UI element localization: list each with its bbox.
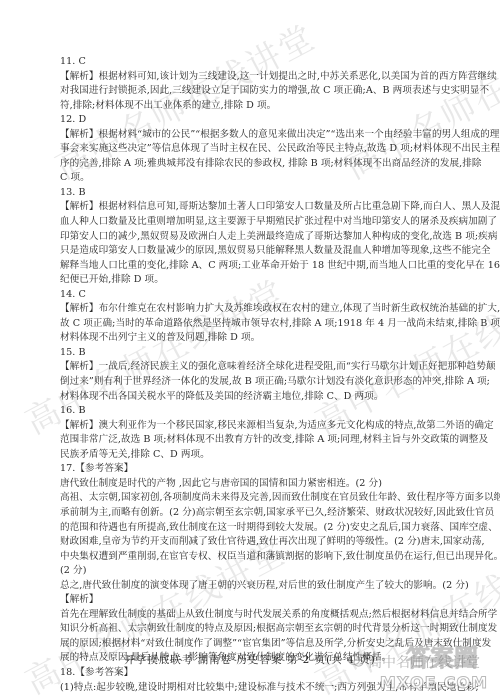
text-line: 总之,唐代致仕制度的演变体现了唐王朝的兴衰历程,对后世的致仕制度产生了较大的影响…	[60, 579, 443, 594]
text-line: 15. B	[60, 346, 443, 361]
text-line: 民族矛盾等无关,排除 C、D 两项。	[60, 448, 443, 463]
text-line: 序的完善,排除 A 项;雅典城邦没有排除农民的参政权, 排除 B 项;材料体现不…	[60, 157, 443, 172]
answer-page-body: 11. C【解析】根据材料可知,该计划为三线建设,这一计划提出之时,中苏关系恶化…	[60, 55, 443, 695]
text-line: 高祖、太宗朝,国家初创,各项制度尚未来得及完善,因而致仕制度在官员致仕年龄、致仕…	[60, 491, 443, 506]
text-line: 材料体现不出各国关税水平的降低及美国的经济霸主地位,排除 C、D 两项。	[60, 390, 443, 405]
text-line: C 项。	[60, 171, 443, 186]
text-line: 符,排除;材料体现不出工业体系的建立,排除 D 项。	[60, 99, 443, 114]
text-line: 只是造成印第安人口数量减少的原因,黑奴贸易只能解释黑人数量及混血人种增加等现象,…	[60, 244, 443, 259]
text-line: 印第安人口的减少,黑奴贸易及欧洲白人走上美洲最终造成了哥斯达黎加人种构成的变化,…	[60, 230, 443, 245]
logo-site: MXQE.COM	[380, 673, 488, 692]
text-line: 【解析】根据材料信息可知,哥斯达黎加土著人口印第安人口数量及所占比重急剧下降,而…	[60, 200, 443, 215]
text-line: 【解析】一战后,经济民族主义的强化意味着经济全球化进程受阻,而“实行马歇尔计划正…	[60, 360, 443, 375]
text-line: 范围非常广泛,故选 B 项;材料体现不出教育方针的改变,排除 A 项;同理,材料…	[60, 433, 443, 448]
text-line: 唐代致仕制度是时代的产物 ,因此它与唐帝国的国情和国力紧密相连。(2 分)	[60, 477, 443, 492]
text-line: 中央集权遭到严重削弱,在宦官专权、权臣当道和藩镇割据的影响下,致仕制度虽仍在运行…	[60, 550, 443, 565]
text-line: (2 分)	[60, 564, 443, 579]
text-line: 倒过来”则有利于世界经济一体化的发展,故 B 项正确;马歇尔计划没有淡化意识形态…	[60, 375, 443, 390]
text-line: 首先在理解致仕制度的基础上从致仕制度与时代发展关系的角度概括观点;然后根据材料信…	[60, 608, 443, 623]
text-line: 16. B	[60, 404, 443, 419]
text-line: 解释当地人口比重的变化,排除 A、C 两项;工业革命开始于 18 世纪中期,而当…	[60, 259, 443, 274]
text-line: 【解析】根据材料可知,该计划为三线建设,这一计划提出之时,中苏关系恶化,以美国为…	[60, 70, 443, 85]
text-line: 的范围和待遇也有所提高,致仕制度在这一时期得到较大发展。(2 分)安史之乱后,国…	[60, 521, 443, 536]
text-line: 【解析】布尔什维克在农村影响力扩大及苏维埃政权在农村的建立,体现了当时新生政权统…	[60, 302, 443, 317]
text-line: 13. B	[60, 186, 443, 201]
text-line: 【解析】澳大利亚作为一个移民国家,移民来源相当复杂,为适应多元文化构成的特点,故…	[60, 419, 443, 434]
text-line: 11. C	[60, 55, 443, 70]
text-line: 纪便已开始,排除 D 项。	[60, 273, 443, 288]
text-line: 17.【参考答案】	[60, 462, 443, 477]
text-line: 事会来实施这些决定”等信息体现了当时主权在民、公民政治等民主特点,故选 D 项;…	[60, 142, 443, 157]
text-line: 财政困难,皇帝为节约开支而削减了致仕官待遇,致仕再次出现了鲜明的等级性。(2 分…	[60, 535, 443, 550]
text-line: 12. D	[60, 113, 443, 128]
text-line: 14. C	[60, 288, 443, 303]
site-logo: 答案圈 高中名师在线讲堂 MXQE.COM	[344, 644, 494, 692]
text-line: 知识分析高祖、太宗朝致仕制度的特点及原因;根据高宗朝至玄宗朝的时代背景分析这一时…	[60, 622, 443, 637]
text-line: 对我国进行封锁扼杀,因此,三线建设立足于国防实力的增强,故 C 项正确;A、B …	[60, 84, 443, 99]
wechat-icon	[348, 654, 364, 668]
text-line: 承前制为主,而略有创新。(2 分)高宗朝至玄宗朝,国家承平已久,经济繁荣、财政状…	[60, 506, 443, 521]
text-line: 【解析】根据材料“城市的公民”“根据多数人的意见来做出决定”“选出来一个由经验丰…	[60, 128, 443, 143]
text-line: 血人种人口数量及比重则增加明显,这主要源于早期殖民扩张过程中对当地印第安人的屠杀…	[60, 215, 443, 230]
logo-caption: 高中名师在线讲堂	[368, 652, 480, 672]
text-line: 【解析】	[60, 593, 443, 608]
text-line: 材料体现不出列宁主义的普及问题,排除 D 项。	[60, 331, 443, 346]
text-line: 故 C 项正确;当时的革命道路依然是坚持城市领导农村,排除 A 项;1918 年…	[60, 317, 443, 332]
